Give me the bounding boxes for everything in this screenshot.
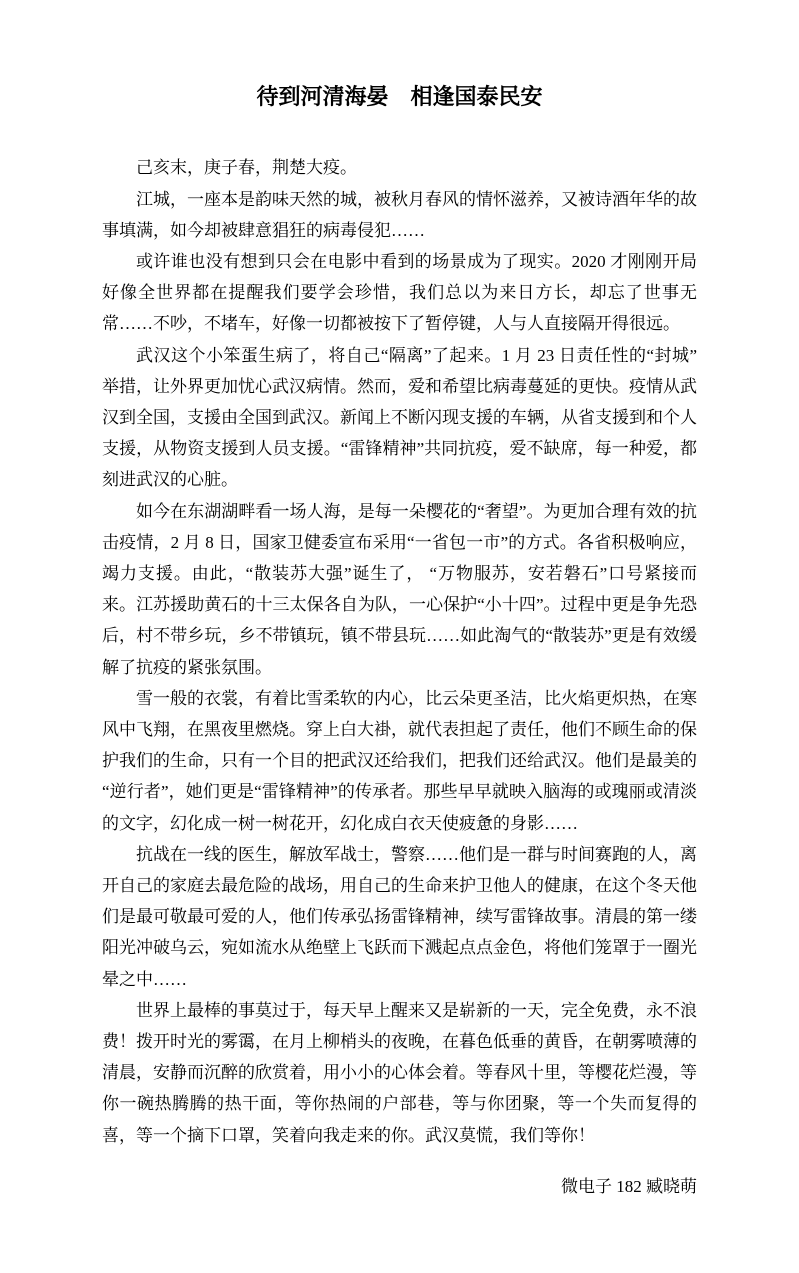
essay-paragraph-8: 世界上最棒的事莫过于，每天早上醒来又是崭新的一天，完全免费，永不浪费！拨开时光的…	[102, 995, 697, 1151]
essay-paragraph-6: 雪一般的衣裳，有着比雪柔软的内心，比云朵更圣洁，比火焰更炽热，在寒风中飞翔，在黑…	[102, 683, 697, 839]
essay-title: 待到河清海晏 相逢国泰民安	[102, 84, 697, 110]
author-signature: 微电子 182 臧晓萌	[102, 1171, 697, 1202]
essay-paragraph-3: 或许谁也没有想到只会在电影中看到的场景成为了现实。2020 才刚刚开局好像全世界…	[102, 246, 697, 340]
document-page: 待到河清海晏 相逢国泰民安 己亥末，庚子春，荆楚大疫。 江城，一座本是韵味天然的…	[0, 0, 799, 1273]
essay-paragraph-1: 己亥末，庚子春，荆楚大疫。	[102, 152, 697, 183]
essay-paragraph-2: 江城，一座本是韵味天然的城，被秋月春风的情怀滋养，又被诗酒年华的故事填满，如今却…	[102, 184, 697, 246]
essay-paragraph-5: 如今在东湖湖畔看一场人海，是每一朵樱花的“奢望”。为更加合理有效的抗击疫情，2 …	[102, 496, 697, 683]
essay-paragraph-4: 武汉这个小笨蛋生病了，将自己“隔离”了起来。1 月 23 日责任性的“封城”举措…	[102, 340, 697, 496]
essay-paragraph-7: 抗战在一线的医生，解放军战士，警察……他们是一群与时间赛跑的人，离开自己的家庭去…	[102, 839, 697, 995]
essay-body: 己亥末，庚子春，荆楚大疫。 江城，一座本是韵味天然的城，被秋月春风的情怀滋养，又…	[102, 152, 697, 1151]
